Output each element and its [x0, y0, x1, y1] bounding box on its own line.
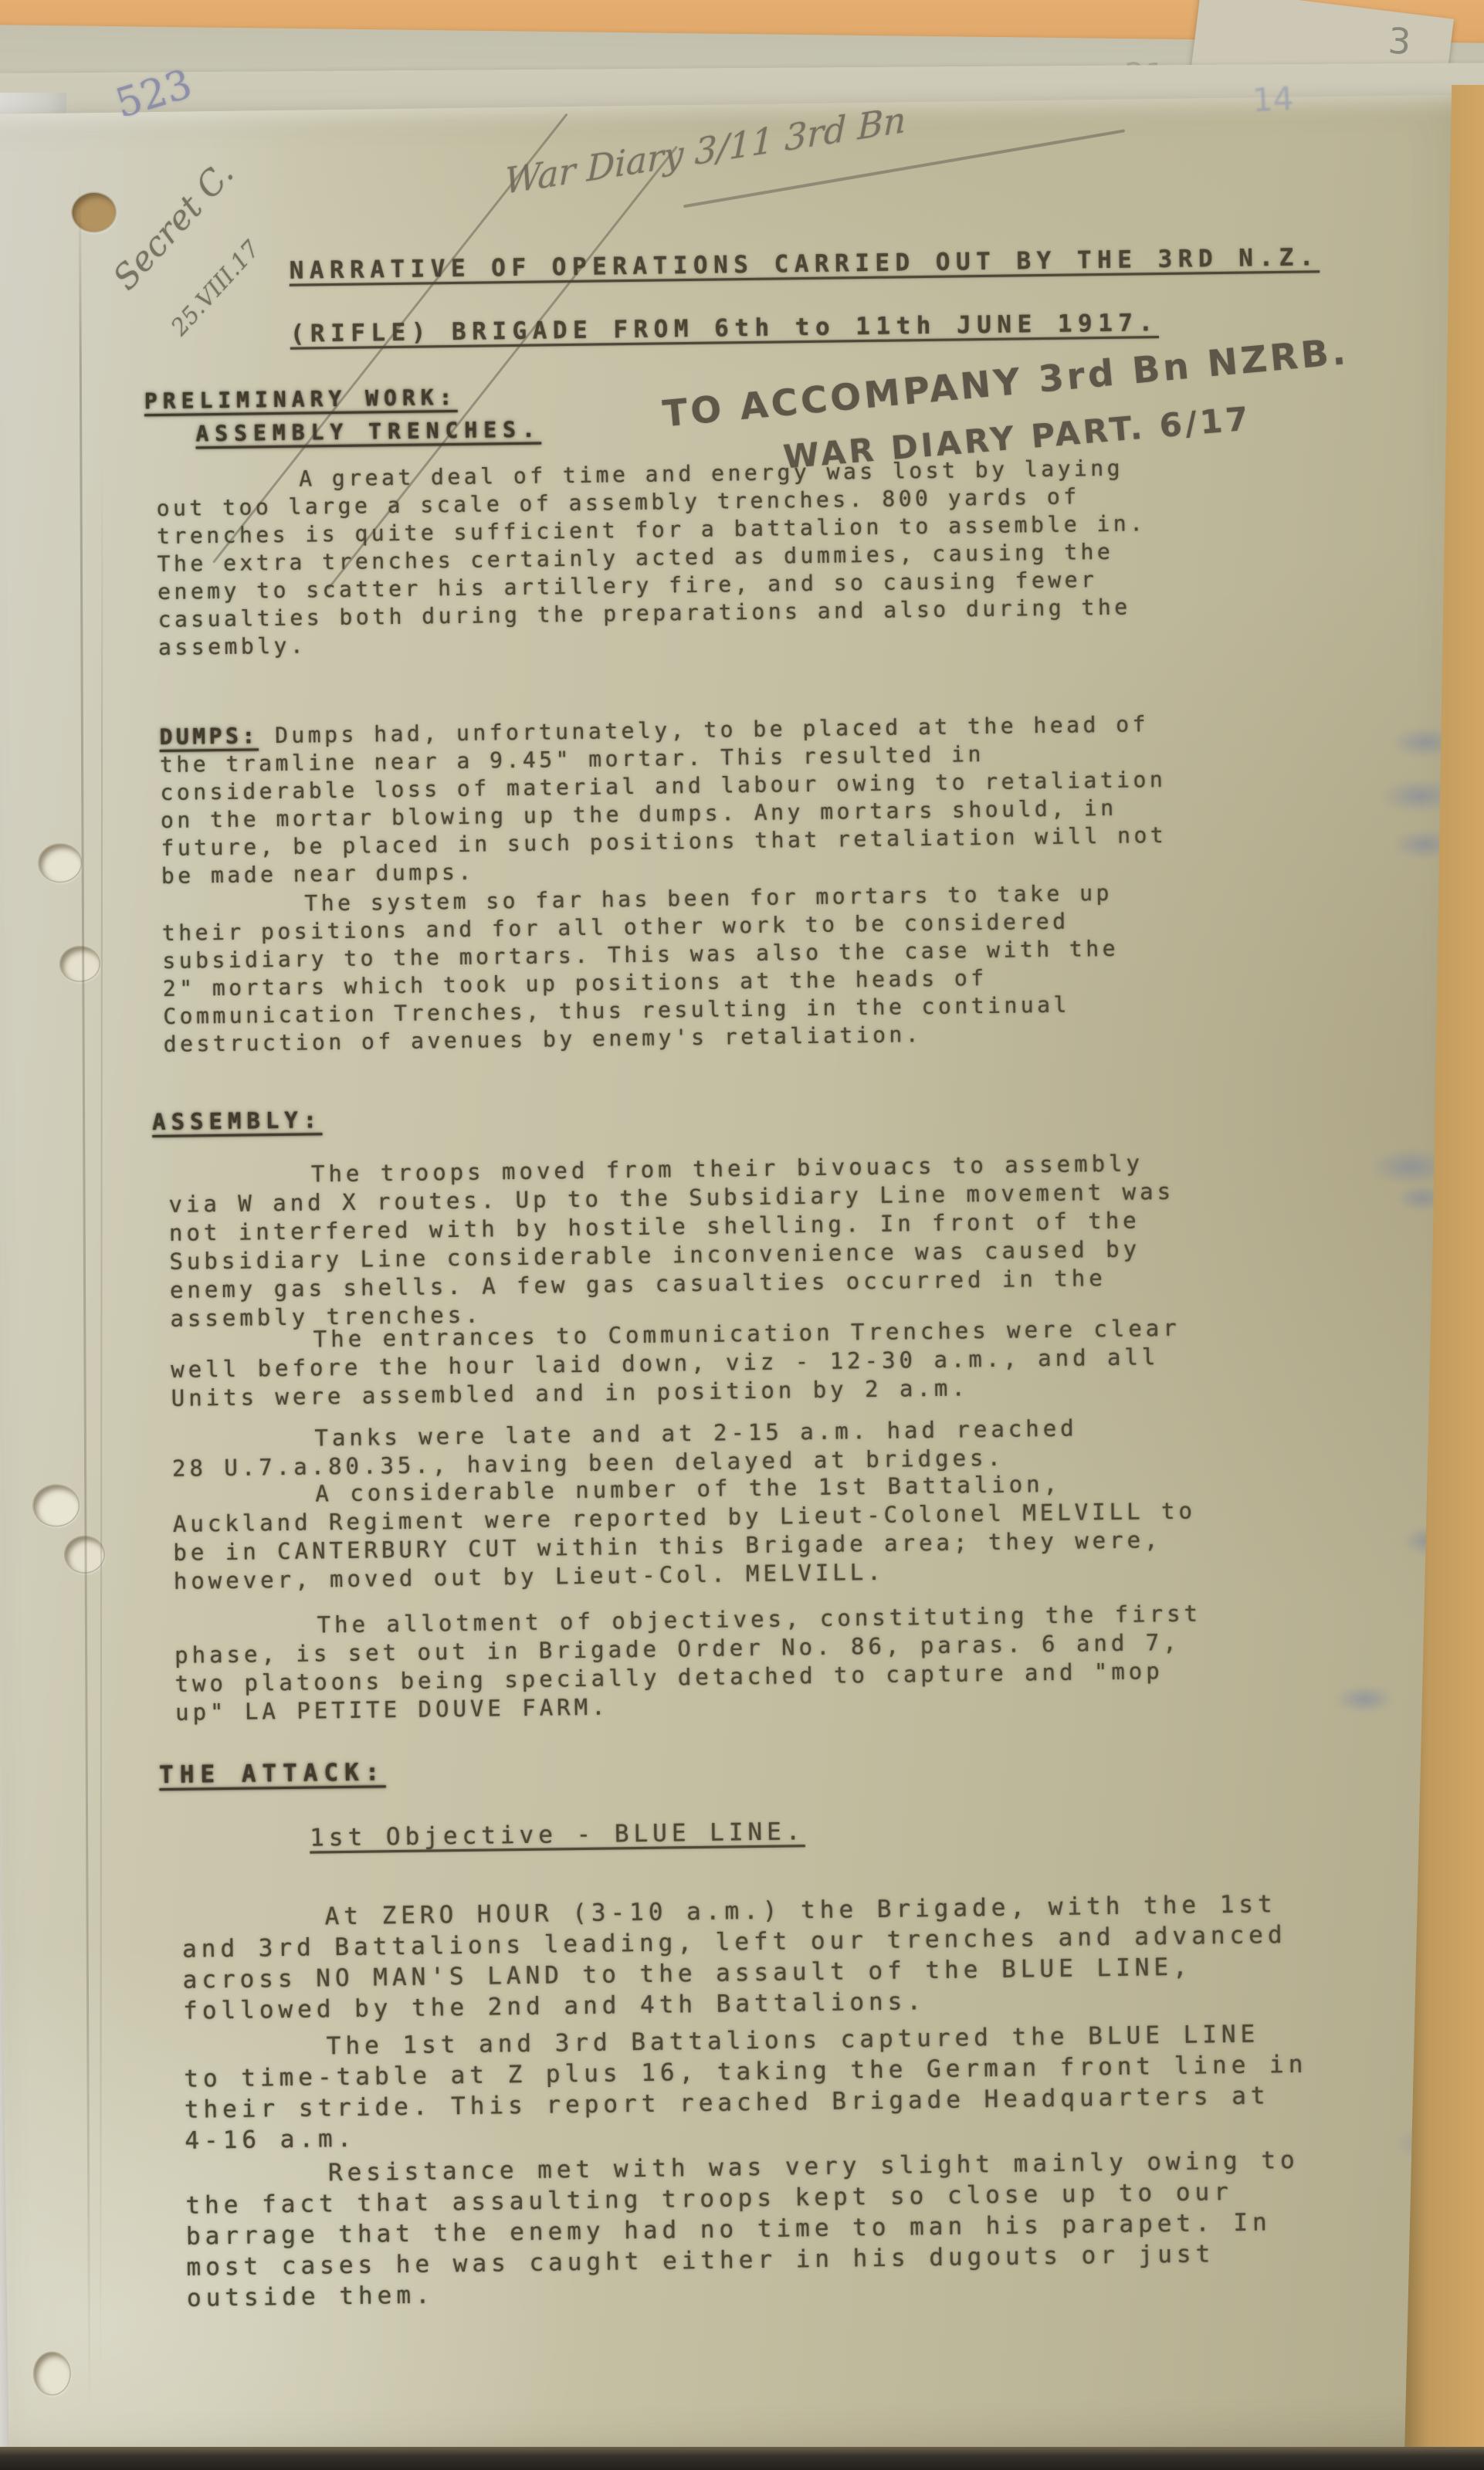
punch-hole — [39, 844, 81, 882]
document-title-line1: NARRATIVE OF OPERATIONS CARRIED OUT BY T… — [289, 243, 1320, 284]
heading-the-attack: THE ATTACK: — [159, 1757, 386, 1791]
paragraph-mortar-system: The system so far has been for mortars t… — [161, 879, 1160, 1059]
paragraph-dumps: DUMPS: Dumps had, unfortunately, to be p… — [159, 710, 1196, 890]
fold-crease — [100, 462, 103, 2392]
ink-smudge — [1333, 1684, 1395, 1714]
heading-assembly: ASSEMBLY: — [152, 1106, 323, 1137]
punch-hole — [33, 1485, 79, 1526]
document-title-line2: (RIFLE) BRIGADE FROM 6th to 11th JUNE 19… — [290, 309, 1159, 348]
paragraph-attack-zero-hour: At ZERO HOUR (3-10 a.m.) the Brigade, wi… — [181, 1889, 1314, 2027]
punch-hole — [34, 2353, 70, 2395]
paragraph-assembly-trenches: A great deal of time and energy was lost… — [156, 454, 1162, 662]
paragraph-resistance: Resistance met with was very slight main… — [185, 2145, 1318, 2314]
paragraph-attack-blue-line-captured: The 1st and 3rd Battalions captured the … — [184, 2018, 1316, 2157]
paragraph-assembly-entrances: The entrances to Communication Trenches … — [171, 1313, 1198, 1412]
desk-bottom-edge — [0, 2447, 1484, 2470]
paragraph-auckland-regiment: A considerable number of the 1st Battali… — [172, 1468, 1208, 1596]
heading-assembly-trenches: ASSEMBLY TRENCHES. — [195, 415, 541, 448]
dumps-label: DUMPS: — [159, 723, 259, 750]
document-surface: 523 Secret C. 25.VIII.17 War Diary 3/11 … — [0, 0, 1484, 2469]
dumps-text: Dumps had, unfortunately, to be placed a… — [160, 711, 1167, 889]
file-number-annotation: 523 — [110, 61, 197, 127]
heading-preliminary-work: PRELIMINARY WORK: — [144, 384, 458, 415]
document-sheet: 523 Secret C. 25.VIII.17 War Diary 3/11 … — [0, 94, 1484, 2465]
heading-first-objective: 1st Objective - BLUE LINE. — [310, 1816, 805, 1853]
fold-crease — [79, 180, 91, 2419]
paragraph-assembly-movement: The troops moved from their bivouacs to … — [168, 1148, 1198, 1333]
photographed-document-scene: 21 3 523 Secret C. 25.VIII.17 War Diary … — [0, 0, 1484, 2470]
paragraph-allotment-objectives: The allotment of objectives, constitutin… — [174, 1599, 1225, 1727]
faint-page-number: 14 — [1252, 80, 1295, 120]
punch-hole — [60, 947, 100, 981]
secret-stamp-date: 25.VIII.17 — [166, 235, 266, 341]
